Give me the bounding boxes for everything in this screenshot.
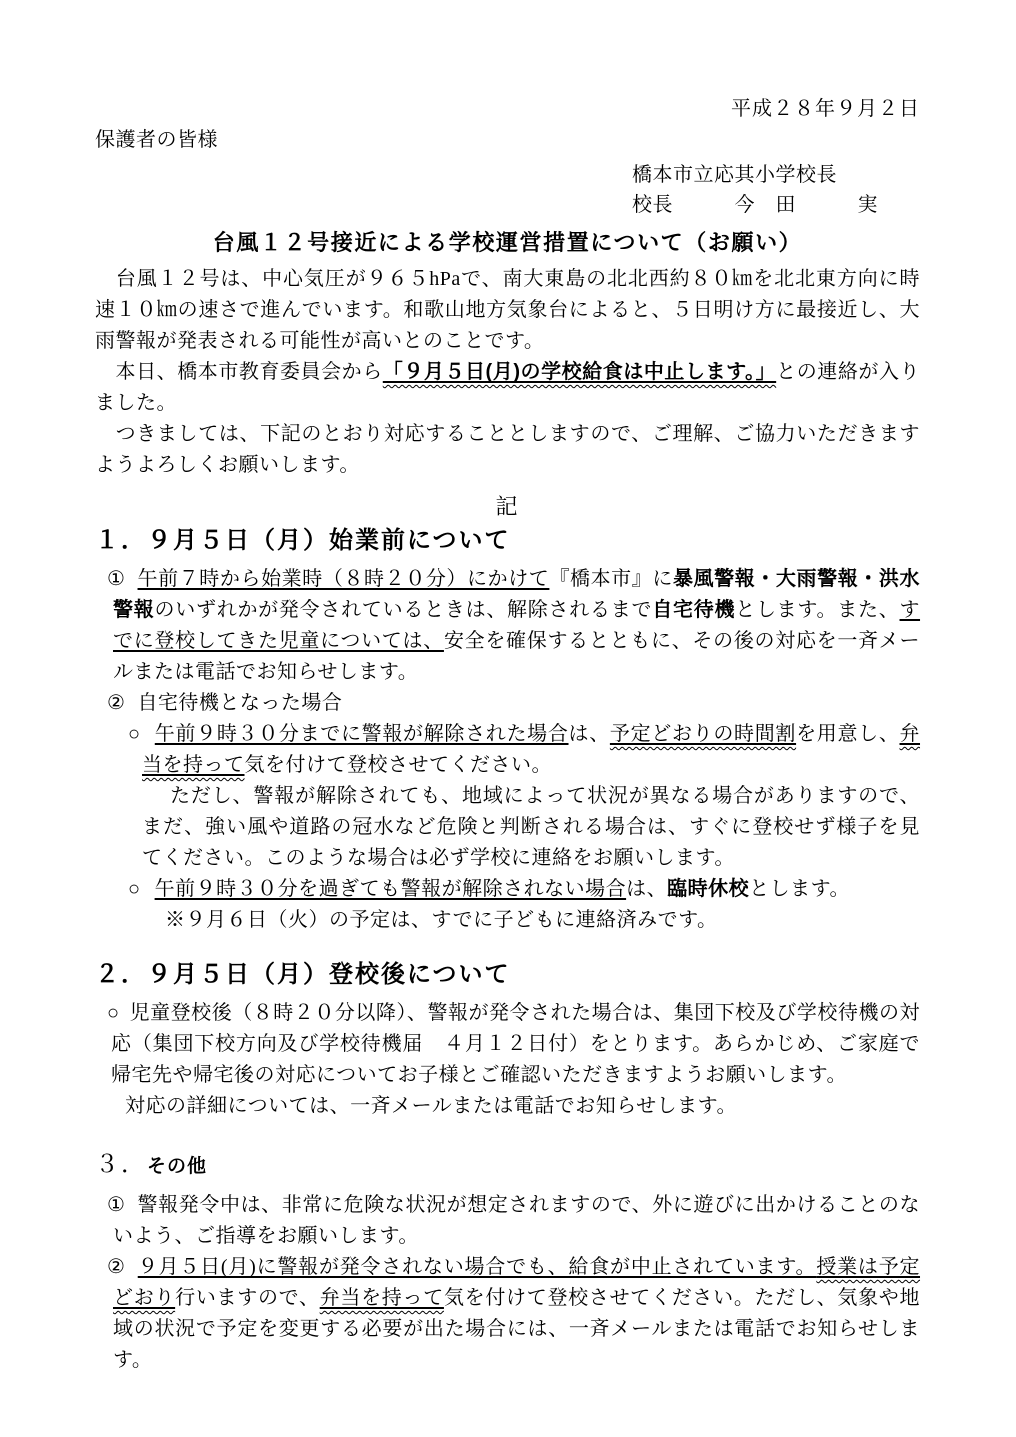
text-segment: ※９月６日（火）の予定は、すでに子どもに連絡済みです。	[165, 909, 718, 931]
text-segment: 台風１２号は、中心気圧が９６５hPaで、南大東島の北北西約８０㎞を北北東方向に時…	[95, 268, 920, 352]
sender-name: 校長 今 田 実	[632, 190, 920, 220]
wavy-underline-text: 「９月５日(月)の学校給食は中止します。」	[383, 361, 776, 383]
text-segment: とします。	[749, 878, 850, 900]
section-number: １．	[95, 527, 147, 554]
document-title: 台風１２号接近による学校運営措置について（お願い）	[95, 228, 920, 258]
document-date: 平成２８年９月２日	[95, 94, 920, 125]
text-segment: 自宅待機となった場合	[137, 692, 342, 714]
text-segment: 予定どおりの時間割	[610, 723, 796, 745]
document-sections: １．９月５日（月）始業前について①午前７時から始業時（８時２０分）にかけて『橋本…	[95, 524, 920, 1376]
list-marker: ②	[107, 1256, 126, 1278]
text-segment: 警報発令中は、非常に危険な状況が想定されますので、外に遊びに出かけることのないよ…	[113, 1194, 920, 1247]
document-page: 平成２８年９月２日 保護者の皆様 橋本市立応其小学校長 校長 今 田 実 台風１…	[0, 0, 1016, 1437]
text-segment: 午前９時３０分を過ぎても警報が解除されない場合	[155, 878, 627, 900]
wavy-underline-text: 弁当を持って	[320, 1287, 444, 1309]
list-item: ①午前７時から始業時（８時２０分）にかけて『橋本市』に暴風警報・大雨警報・洪水警…	[113, 564, 920, 688]
section-heading: ２．９月５日（月）登校後について	[95, 958, 920, 992]
wavy-underline-text: 予定どおりの時間割	[610, 723, 796, 745]
list-item: ただし、警報が解除されても、地域によって状況が異なる場合がありますので、まだ、強…	[142, 781, 920, 874]
list-marker: ①	[107, 1194, 126, 1216]
list-marker: ①	[107, 568, 126, 590]
section: ３．その他①警報発令中は、非常に危険な状況が想定されますので、外に遊びに出かける…	[95, 1148, 920, 1376]
text-segment: 自宅待機	[652, 599, 735, 621]
text-segment: つきましては、下記のとおり対応することとしますので、ご理解、ご協力いただきますよ…	[95, 423, 920, 476]
recipient-line: 保護者の皆様	[95, 125, 920, 156]
section-title: その他	[147, 1156, 207, 1177]
list-item: ②自宅待機となった場合	[113, 688, 920, 719]
list-marker: ○	[128, 878, 141, 900]
section: １．９月５日（月）始業前について①午前７時から始業時（８時２０分）にかけて『橋本…	[95, 524, 920, 936]
section-number: ３．	[95, 1152, 147, 1178]
list-item: ※９月６日（火）の予定は、すでに子どもに連絡済みです。	[165, 905, 920, 936]
sender-organization: 橋本市立応其小学校長	[632, 160, 920, 190]
text-segment: 「９月５日(月)の学校給食は中止します。」	[383, 361, 776, 383]
paragraph: つきましては、下記のとおり対応することとしますので、ご理解、ご協力いただきますよ…	[95, 419, 920, 481]
list-marker: ○	[107, 1002, 120, 1024]
text-segment: 児童登校後（８時２０分以降）、警報が発令された場合は、集団下校及び学校待機の対応…	[111, 1002, 920, 1086]
section-title: ９月５日（月）始業前について	[147, 527, 511, 554]
paragraph: 台風１２号は、中心気圧が９６５hPaで、南大東島の北北西約８０㎞を北北東方向に時…	[95, 264, 920, 357]
section-heading: ３．その他	[95, 1148, 920, 1184]
intro-paragraphs: 台風１２号は、中心気圧が９６５hPaで、南大東島の北北西約８０㎞を北北東方向に時…	[95, 264, 920, 481]
text-segment: ただし、警報が解除されても、地域によって状況が異なる場合がありますので、まだ、強…	[142, 785, 920, 869]
text-segment: 臨時休校	[667, 878, 749, 900]
list-item: ①警報発令中は、非常に危険な状況が想定されますので、外に遊びに出かけることのない…	[113, 1190, 920, 1252]
text-segment: 午前７時から始業時（８時２０分）にかけて	[138, 568, 550, 590]
section: ２．９月５日（月）登校後について○児童登校後（８時２０分以降）、警報が発令された…	[95, 958, 920, 1122]
sender-block: 橋本市立応其小学校長 校長 今 田 実	[632, 160, 920, 220]
text-segment: ９月５日(月)に警報が発令されない場合でも、給食が中止されています。	[138, 1256, 817, 1278]
section-number: ２．	[95, 961, 147, 988]
text-segment: 『橋本市』に	[549, 568, 673, 590]
list-item: 対応の詳細については、一斉メールまたは電話でお知らせします。	[125, 1091, 920, 1122]
list-marker: ○	[128, 723, 141, 745]
text-segment: 本日、橋本市教育委員会から	[95, 361, 383, 383]
text-segment: を用意し、	[796, 723, 899, 745]
list-item: ○児童登校後（８時２０分以降）、警報が発令された場合は、集団下校及び学校待機の対…	[111, 998, 920, 1091]
text-segment: 弁当を持って	[320, 1287, 444, 1309]
text-segment: 行いますので、	[175, 1287, 320, 1309]
section-heading: １．９月５日（月）始業前について	[95, 524, 920, 558]
text-segment: のいずれかが発令されているときは、解除されるまで	[154, 599, 652, 621]
list-item: ②９月５日(月)に警報が発令されない場合でも、給食が中止されています。授業は予定…	[113, 1252, 920, 1376]
list-item: ○午前９時３０分までに警報が解除された場合は、予定どおりの時間割を用意し、弁当を…	[142, 719, 920, 781]
record-mark: 記	[95, 491, 920, 522]
text-segment: 午前９時３０分までに警報が解除された場合	[155, 723, 569, 745]
text-segment: 気を付けて登校させてください。	[245, 754, 553, 776]
paragraph: 本日、橋本市教育委員会から「９月５日(月)の学校給食は中止します。」との連絡が入…	[95, 357, 920, 419]
text-segment: とします。また、	[735, 599, 899, 621]
text-segment: は、	[626, 878, 667, 900]
section-title: ９月５日（月）登校後について	[147, 961, 511, 988]
text-segment: は、	[569, 723, 610, 745]
list-marker: ②	[107, 692, 125, 714]
list-item: ○午前９時３０分を過ぎても警報が解除されない場合は、臨時休校とします。	[142, 874, 920, 905]
text-segment: 対応の詳細については、一斉メールまたは電話でお知らせします。	[125, 1095, 737, 1117]
